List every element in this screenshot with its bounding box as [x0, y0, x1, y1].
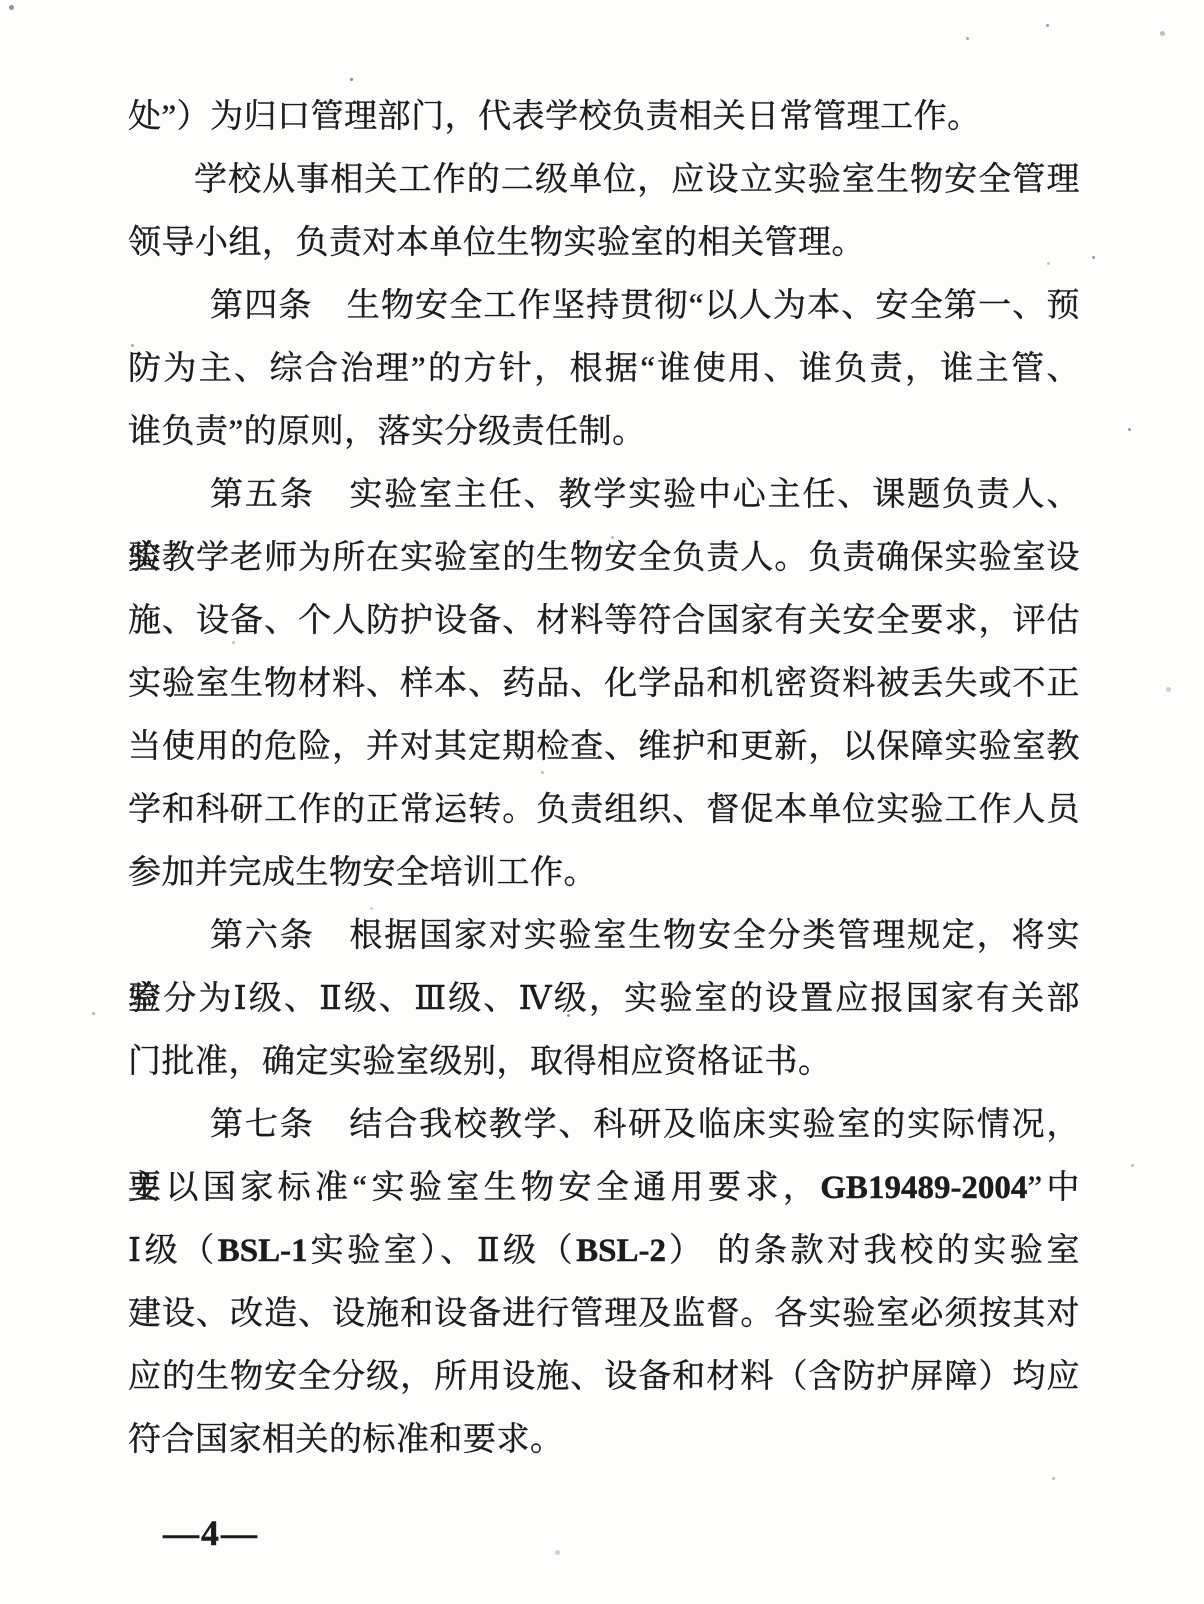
document-page: 处”）为归口管理部门，代表学校负责相关日常管理工作。学校从事相关工作的二级单位，…: [0, 0, 1204, 1604]
text-line: 学和科研工作的正常运转。负责组织、督促本单位实验工作人员: [128, 779, 1080, 842]
text-line: 学校从事相关工作的二级单位，应设立实验室生物安全管理: [128, 149, 1080, 212]
text-line: 处”）为归口管理部门，代表学校负责相关日常管理工作。: [128, 86, 1080, 149]
latin-text: BSL-1: [218, 1233, 308, 1269]
text-line: 当使用的危险，并对其定期检查、维护和更新，以保障实验室教: [128, 716, 1080, 779]
text-line: 第四条 生物安全工作坚持贯彻“以人为本、安全第一、预: [128, 275, 1080, 338]
latin-text: BSL-2: [576, 1233, 666, 1269]
text-line: 室分为Ⅰ级、Ⅱ级、Ⅲ级、Ⅳ级，实验室的设置应报国家有关部: [128, 968, 1080, 1031]
text-line: Ⅰ级（BSL-1实验室）、Ⅱ级（BSL-2） 的条款对我校的实验室: [128, 1220, 1080, 1283]
document-body: 处”）为归口管理部门，代表学校负责相关日常管理工作。学校从事相关工作的二级单位，…: [128, 86, 1080, 1472]
text-line: 第七条 结合我校教学、科研及临床实验室的实际情况，主: [128, 1094, 1080, 1157]
text-line: 符合国家相关的标准和要求。: [128, 1409, 1080, 1472]
page-number: —4—: [163, 1512, 259, 1554]
text-line: 谁负责”的原则，落实分级责任制。: [128, 401, 1080, 464]
text-line: 第六条 根据国家对实验室生物安全分类管理规定，将实验: [128, 905, 1080, 968]
text-line: 要以国家标准“实验室生物安全通用要求，GB19489-2004”中: [128, 1157, 1080, 1220]
latin-text: GB19489-2004: [820, 1170, 1027, 1206]
text-line: 实验室生物材料、样本、药品、化学品和机密资料被丢失或不正: [128, 653, 1080, 716]
text-line: 施、设备、个人防护设备、材料等符合国家有关安全要求，评估: [128, 590, 1080, 653]
text-line: 建设、改造、设施和设备进行管理及监督。各实验室必须按其对: [128, 1283, 1080, 1346]
text-line: 应的生物安全分级，所用设施、设备和材料（含防护屏障）均应: [128, 1346, 1080, 1409]
scan-speckles: [0, 0, 3, 3]
text-line: 领导小组，负责对本单位生物实验室的相关管理。: [128, 212, 1080, 275]
text-line: 第五条 实验室主任、教学实验中心主任、课题负责人、实: [128, 464, 1080, 527]
text-line: 参加并完成生物安全培训工作。: [128, 842, 1080, 905]
text-line: 防为主、综合治理”的方针，根据“谁使用、谁负责，谁主管、: [128, 338, 1080, 401]
text-line: 门批准，确定实验室级别，取得相应资格证书。: [128, 1031, 1080, 1094]
text-line: 验教学老师为所在实验室的生物安全负责人。负责确保实验室设: [128, 527, 1080, 590]
